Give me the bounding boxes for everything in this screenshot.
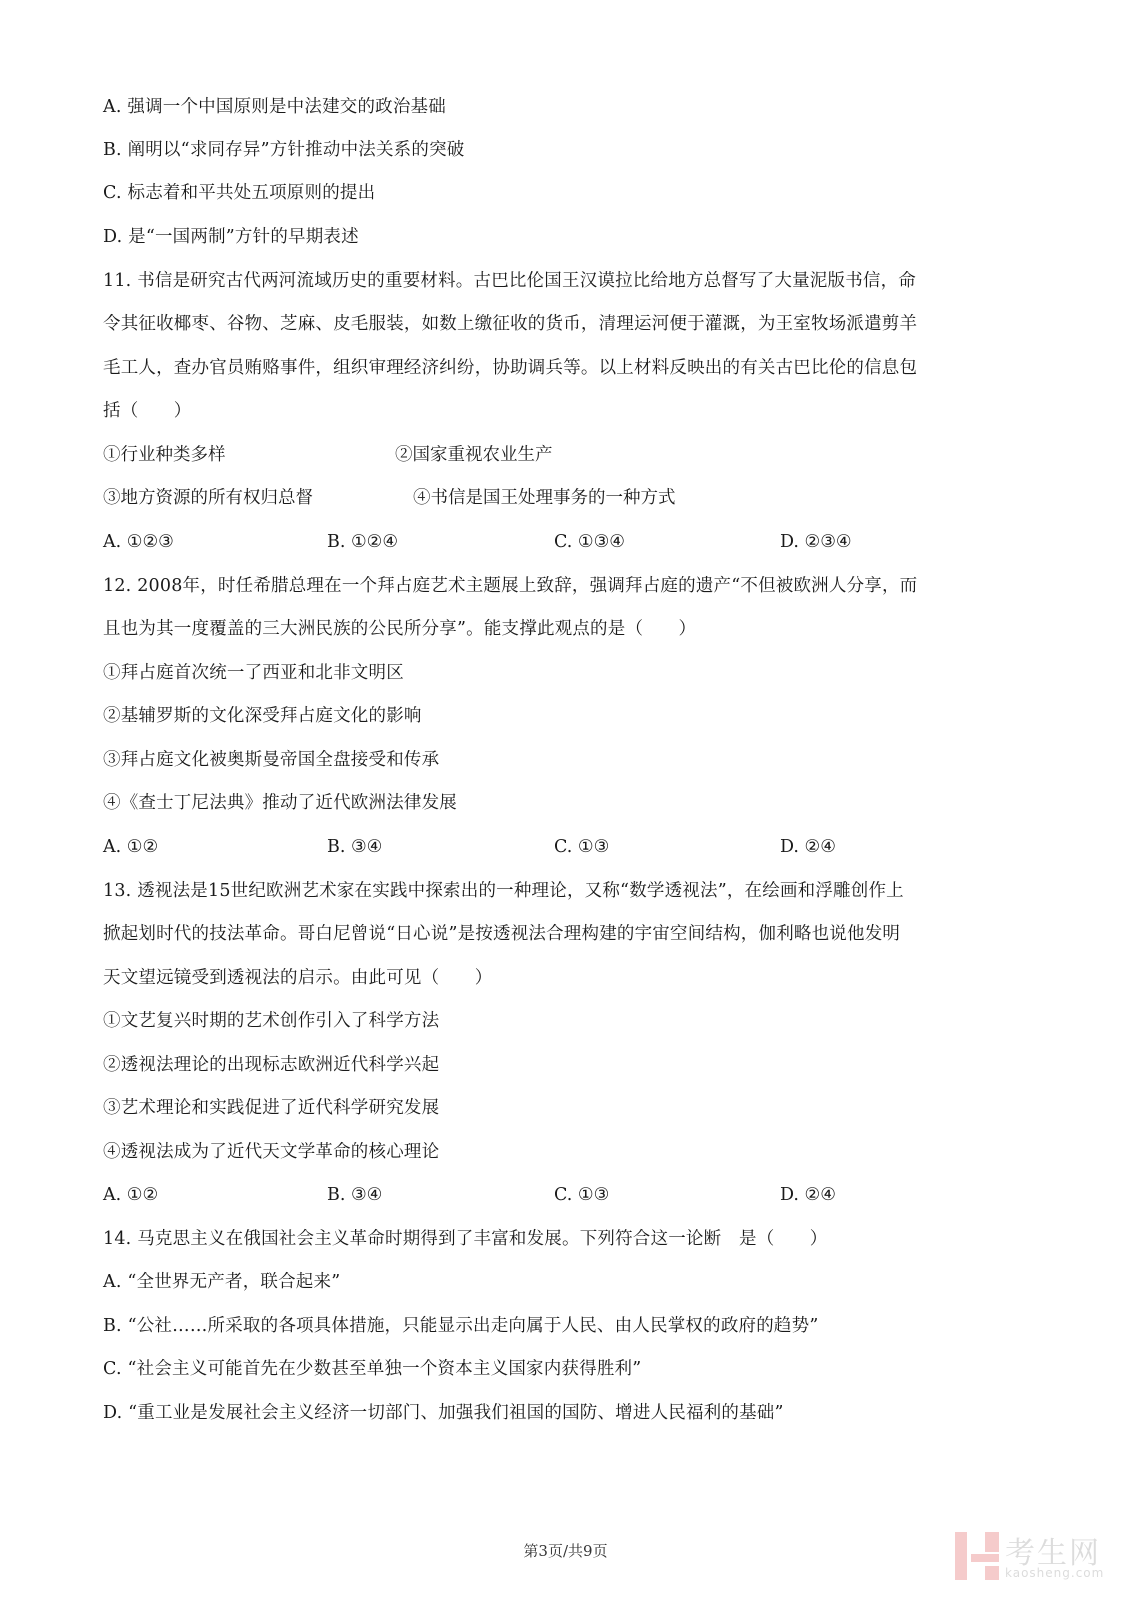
q10-option-c: C. 标志着和平共处五项原则的提出 — [103, 181, 375, 205]
q11-statements-row-1: ①行业种类多样 ②国家重视农业生产 — [103, 443, 1023, 467]
q11-stem-line: 令其征收椰枣、谷物、芝麻、皮毛服装，如数上缴征收的货币，清理运河便于灌溉，为王室… — [103, 312, 917, 336]
q11-statement-2: ②国家重视农业生产 — [395, 443, 553, 467]
q12-choice-c: C. ①③ — [554, 835, 609, 859]
q11-stem-line: 11. 书信是研究古代两河流域历史的重要材料。古巴比伦国王汉谟拉比给地方总督写了… — [103, 269, 916, 293]
q12-choice-b: B. ③④ — [327, 835, 382, 859]
q12-statement-2: ②基辅罗斯的文化深受拜占庭文化的影响 — [103, 704, 422, 728]
q11-statement-1: ①行业种类多样 — [103, 443, 226, 467]
q11-choice-b: B. ①②④ — [327, 530, 398, 554]
q11-statements-row-2: ③地方资源的所有权归总督 ④书信是国王处理事务的一种方式 — [103, 486, 1023, 510]
q13-choice-c: C. ①③ — [554, 1183, 609, 1207]
q12-stem-line: 12. 2008年，时任希腊总理在一个拜占庭艺术主题展上致辞，强调拜占庭的遗产“… — [103, 574, 917, 598]
q10-option-d: D. 是“一国两制”方针的早期表述 — [103, 225, 359, 249]
q13-choice-b: B. ③④ — [327, 1183, 382, 1207]
q12-choice-a: A. ①② — [103, 835, 158, 859]
q11-stem-line: 毛工人，查办官员贿赂事件，组织审理经济纠纷，协助调兵等。以上材料反映出的有关古巴… — [103, 356, 917, 380]
q14-stem: 14. 马克思主义在俄国社会主义革命时期得到了丰富和发展。下列符合这一论断 是（… — [103, 1227, 828, 1251]
q11-choice-a: A. ①②③ — [103, 530, 174, 554]
q12-stem-line: 且也为其一度覆盖的三大洲民族的公民所分享”。能支撑此观点的是（ ） — [103, 617, 696, 641]
q11-statement-3: ③地方资源的所有权归总督 — [103, 486, 313, 510]
q11-statement-4: ④书信是国王处理事务的一种方式 — [413, 486, 676, 510]
q10-option-a: A. 强调一个中国原则是中法建交的政治基础 — [103, 95, 446, 119]
q13-stem-line: 天文望远镜受到透视法的启示。由此可见（ ） — [103, 966, 492, 990]
watermark: 考生网 kaosheng.com — [955, 1528, 1125, 1586]
q13-choices: A. ①② B. ③④ C. ①③ D. ②④ — [103, 1183, 1023, 1207]
q13-statement-4: ④透视法成为了近代天文学革命的核心理论 — [103, 1140, 439, 1164]
kaosheng-logo-icon — [955, 1532, 999, 1580]
q14-option-d: D. “重工业是发展社会主义经济一切部门、加强我们祖国的国防、增进人民福利的基础… — [103, 1401, 784, 1425]
q11-choice-d: D. ②③④ — [780, 530, 852, 554]
q13-choice-d: D. ②④ — [780, 1183, 836, 1207]
q12-statement-3: ③拜占庭文化被奥斯曼帝国全盘接受和传承 — [103, 748, 439, 772]
q11-stem-line: 括（ ） — [103, 399, 192, 423]
q13-stem-line: 13. 透视法是15世纪欧洲艺术家在实践中探索出的一种理论，又称“数学透视法”，… — [103, 879, 904, 903]
q12-statement-4: ④《查士丁尼法典》推动了近代欧洲法律发展 — [103, 791, 457, 815]
q13-stem-line: 掀起划时代的技法革命。哥白尼曾说“日心说”是按透视法合理构建的宇宙空间结构，伽利… — [103, 922, 900, 946]
q10-option-b: B. 阐明以“求同存异”方针推动中法关系的突破 — [103, 138, 464, 162]
q13-statement-3: ③艺术理论和实践促进了近代科学研究发展 — [103, 1096, 439, 1120]
q12-choices: A. ①② B. ③④ C. ①③ D. ②④ — [103, 835, 1023, 859]
q12-choice-d: D. ②④ — [780, 835, 836, 859]
q13-choice-a: A. ①② — [103, 1183, 158, 1207]
q13-statement-2: ②透视法理论的出现标志欧洲近代科学兴起 — [103, 1053, 439, 1077]
q11-choice-c: C. ①③④ — [554, 530, 625, 554]
q14-option-c: C. “社会主义可能首先在少数甚至单独一个资本主义国家内获得胜利” — [103, 1357, 641, 1381]
q14-option-a: A. “全世界无产者，联合起来” — [103, 1270, 340, 1294]
q11-choices: A. ①②③ B. ①②④ C. ①③④ D. ②③④ — [103, 530, 1023, 554]
watermark-domain: kaosheng.com — [1005, 1566, 1104, 1580]
exam-page: A. 强调一个中国原则是中法建交的政治基础 B. 阐明以“求同存异”方针推动中法… — [0, 0, 1131, 1600]
q13-statement-1: ①文艺复兴时期的艺术创作引入了科学方法 — [103, 1009, 439, 1033]
q14-option-b: B. “公社……所采取的各项具体措施，只能显示出走向属于人民、由人民掌权的政府的… — [103, 1314, 818, 1338]
q12-statement-1: ①拜占庭首次统一了西亚和北非文明区 — [103, 661, 404, 685]
